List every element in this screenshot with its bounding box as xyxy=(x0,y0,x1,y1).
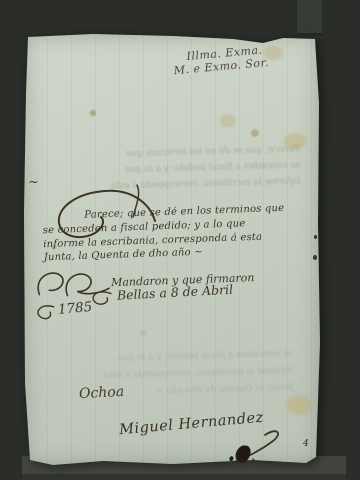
ink-speck xyxy=(313,255,317,260)
table-edge xyxy=(22,474,346,480)
ink-speck xyxy=(314,235,317,239)
background-patch xyxy=(297,0,322,36)
salutation: Illma. Exma. M. e Exmo. Sor. xyxy=(172,41,294,77)
manuscript-page: Parece; que se dé en los terminos que se… xyxy=(23,33,320,466)
folio-number: 4 xyxy=(303,439,309,449)
closing-signature: Ochoa xyxy=(79,384,125,402)
ghost-line: Parece; que se dé en los terminos que xyxy=(34,142,299,165)
photograph-background: Parece; que se dé en los terminos que se… xyxy=(0,0,360,480)
ghost-line: se conceden a fiscal pedido; y a lo que xyxy=(52,346,292,369)
body-paragraph: Parece; que se dé en los terminos que se… xyxy=(42,202,288,266)
ghost-line: informe la escribania, corresponda á est… xyxy=(53,363,293,386)
ink-flourish-year xyxy=(32,302,57,322)
year: 1785 xyxy=(32,298,93,321)
year-text: 1785 xyxy=(57,299,93,318)
manuscript-page-wrapper: Parece; que se dé en los terminos que se… xyxy=(23,33,320,466)
ghost-line: se conceden a fiscal pedido; y a lo que xyxy=(35,158,300,181)
